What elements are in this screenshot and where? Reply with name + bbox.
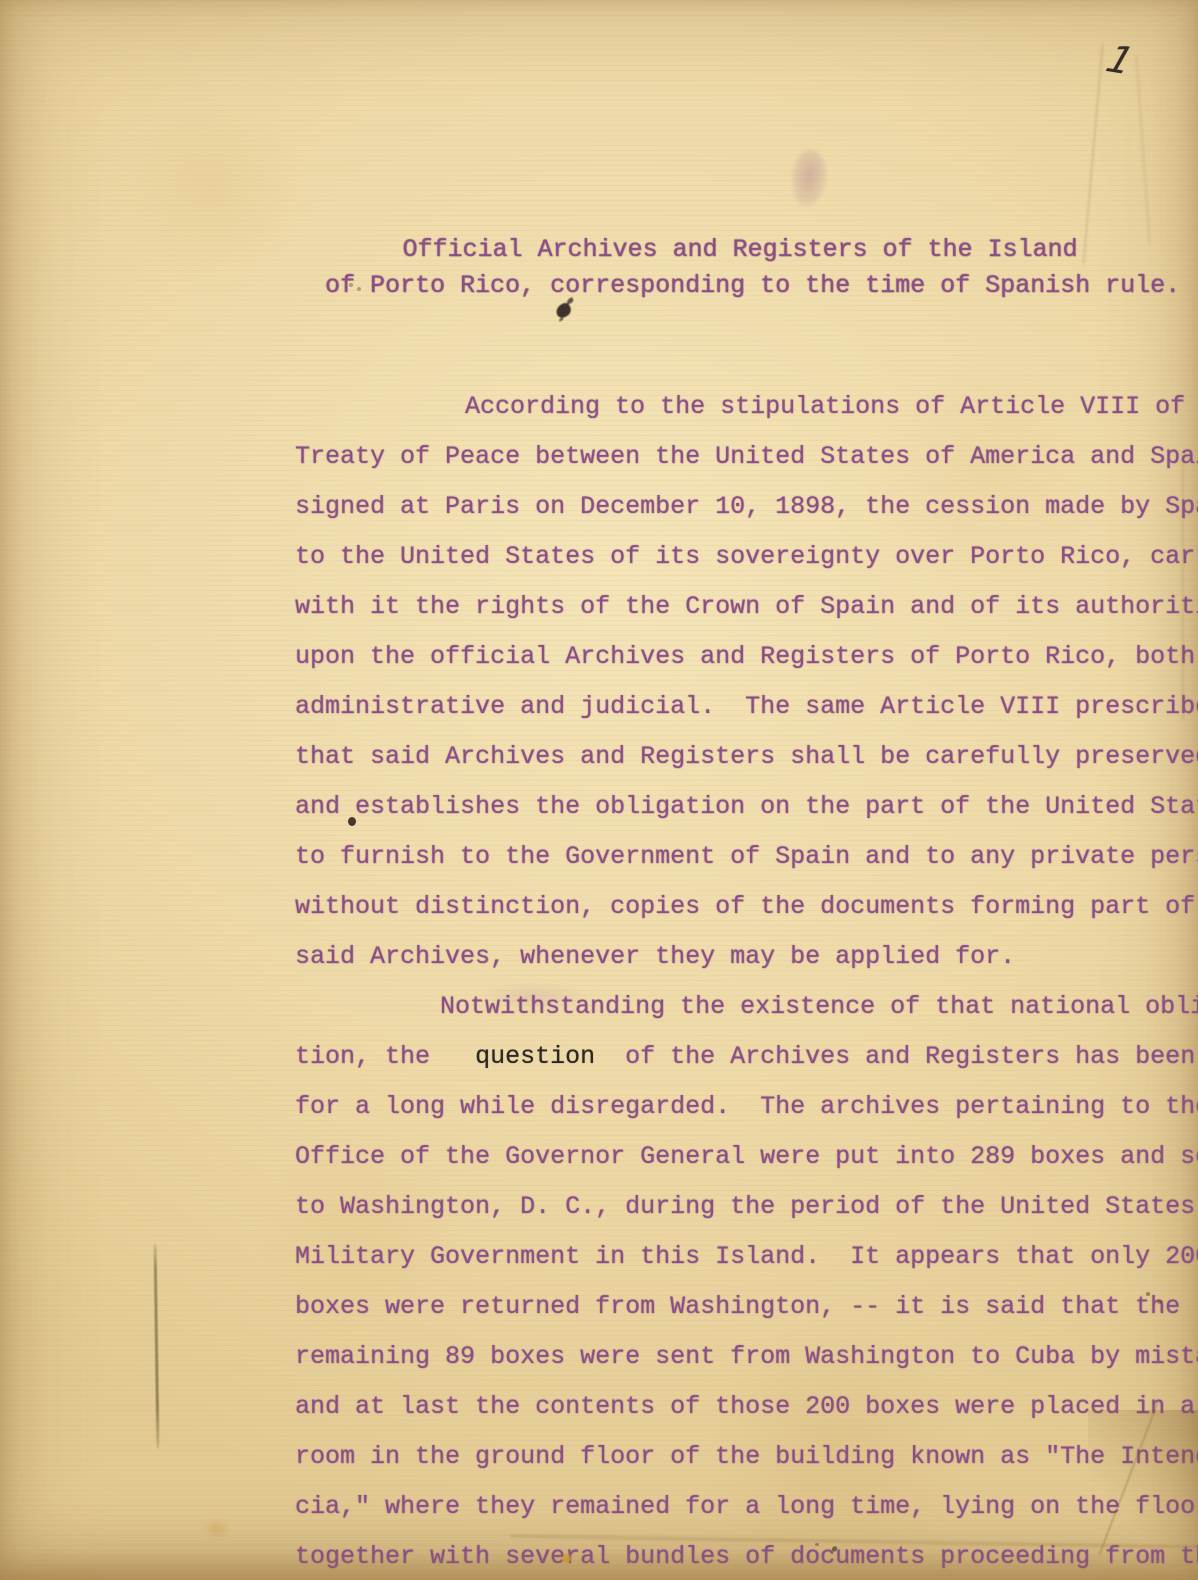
line-text: said Archives, whenever they may be appl… [295, 942, 1015, 971]
line-text: upon the official Archives and Registers… [295, 642, 1195, 671]
line-text: room in the ground floor of the building… [295, 1442, 1198, 1471]
line-text: without distinction, copies of the docum… [295, 892, 1195, 921]
line-text: together with several bundles of documen… [295, 1542, 1198, 1571]
line-text: According to the stipulations of Article… [465, 392, 1198, 421]
line-text: for a long while disregarded. The archiv… [295, 1092, 1198, 1121]
margin-pencil-line [154, 1243, 160, 1449]
line-text: Treaty of Peace between the United State… [295, 442, 1198, 471]
ink-blot [554, 301, 573, 319]
line-text: signed at Paris on December 10, 1898, th… [295, 492, 1198, 521]
line-text: Military Government in this Island. It a… [295, 1242, 1198, 1271]
scanned-document-page: 1 Official Archives and Registers of the… [0, 0, 1198, 1580]
line-text: and at last the contents of those 200 bo… [295, 1392, 1195, 1421]
line-text: to the United States of its sovereignty … [295, 542, 1198, 571]
line-text: boxes were returned from Washington, -- … [295, 1292, 1180, 1321]
line-text: to Washington, D. C., during the period … [295, 1192, 1195, 1221]
line-text: Notwithstanding the existence of that na… [440, 992, 1198, 1021]
line-text: to furnish to the Government of Spain an… [295, 842, 1198, 871]
line-text: remaining 89 boxes were sent from Washin… [295, 1342, 1198, 1371]
title-line: Official Archives and Registers of the I… [205, 196, 1155, 232]
line-text-post: of the Archives and Registers has been [595, 1042, 1195, 1071]
document-body: According to the stipulations of Article… [175, 332, 1165, 1532]
handwritten-page-number: 1 [1101, 37, 1139, 83]
typed-correction: question [475, 1042, 595, 1071]
line-text: Office of the Governor General were put … [295, 1142, 1198, 1171]
text-line: According to the stipulations of Article… [175, 332, 1165, 382]
line-text: cia," where they remained for a long tim… [295, 1492, 1198, 1521]
line-text: administrative and judicial. The same Ar… [295, 692, 1198, 721]
title-text: of Porto Rico, corresponding to the time… [325, 271, 1180, 300]
line-text: with it the rights of the Crown of Spain… [295, 592, 1198, 621]
line-text-pre: tion, the [295, 1042, 475, 1071]
title-text: Official Archives and Registers of the I… [402, 235, 1077, 264]
document-title: Official Archives and Registers of the I… [205, 196, 1155, 268]
line-text: that said Archives and Registers shall b… [295, 742, 1198, 771]
line-text: and establishes the obligation on the pa… [295, 792, 1198, 821]
